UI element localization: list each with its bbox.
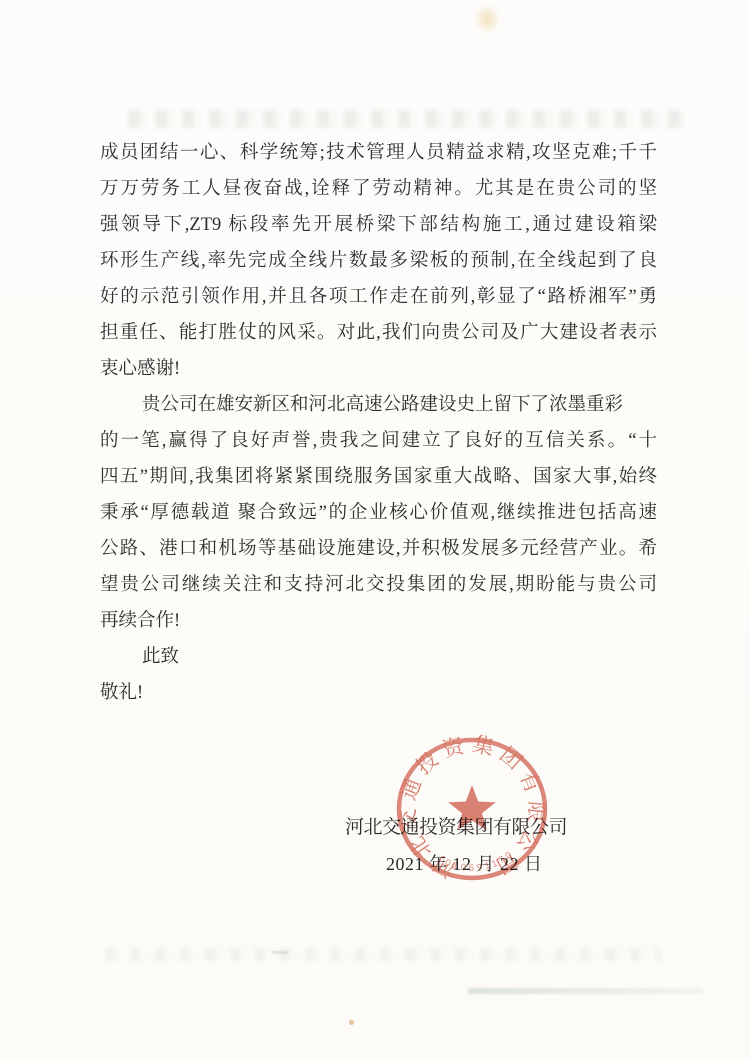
body-line: 秉承“厚德载道 聚合致远”的企业核心价值观,继续推进包括高速 — [100, 495, 657, 531]
bleed-through-text — [105, 948, 661, 961]
scan-streak — [468, 988, 703, 994]
body-line: 再续合作! — [100, 603, 657, 639]
body-line: 万万劳务工人昼夜奋战,诠释了劳动精神。尤其是在贵公司的坚 — [100, 171, 657, 207]
company-seal-stamp: 河北交通投资集团有限公司 0105911707 — [372, 709, 572, 909]
body-line: 公路、港口和机场等基础设施建设,并积极发展多元经营产业。希 — [100, 531, 657, 567]
body-line: 强领导下,ZT9 标段率先开展桥梁下部结构施工,通过建设箱梁 — [100, 207, 657, 243]
seal-serial-number: 0105911707 — [372, 709, 517, 874]
closing-cizhi: 此致 — [100, 639, 657, 675]
body-line: 担重任、能打胜仗的风采。对此,我们向贵公司及广大建设者表示 — [100, 315, 657, 351]
body-line: 望贵公司继续关注和支持河北交投集团的发展,期盼能与贵公司 — [100, 567, 657, 603]
body-line: 环形生产线,率先完成全线片数最多梁板的预制,在全线起到了良 — [100, 243, 657, 279]
body-line-paragraph-start: 贵公司在雄安新区和河北高速公路建设史上留下了浓墨重彩 — [100, 387, 657, 423]
seal-star-icon — [448, 785, 496, 830]
bleed-through-text — [128, 110, 684, 128]
body-line: 四五”期间,我集团将紧紧围绕服务国家重大战略、国家大事,始终 — [100, 459, 657, 495]
closing-jingli: 敬礼! — [100, 675, 657, 711]
body-line: 衷心感谢! — [100, 351, 657, 387]
body-line: 好的示范引领作用,并且各项工作走在前列,彰显了“路桥湘军”勇 — [100, 279, 657, 315]
scanned-letter-page: 成员团结一心、科学统筹;技术管理人员精益求精,攻坚克难;千千 万万劳务工人昼夜奋… — [0, 0, 750, 1061]
scan-dash — [272, 951, 288, 954]
body-line: 成员团结一心、科学统筹;技术管理人员精益求精,攻坚克难;千千 — [100, 135, 657, 171]
body-line: 的一笔,赢得了良好声誉,贵我之间建立了良好的互信关系。“十 — [100, 423, 657, 459]
scan-speck — [349, 1020, 354, 1025]
letter-body: 成员团结一心、科学统筹;技术管理人员精益求精,攻坚克难;千千 万万劳务工人昼夜奋… — [100, 135, 657, 711]
scan-smudge — [474, 4, 500, 34]
